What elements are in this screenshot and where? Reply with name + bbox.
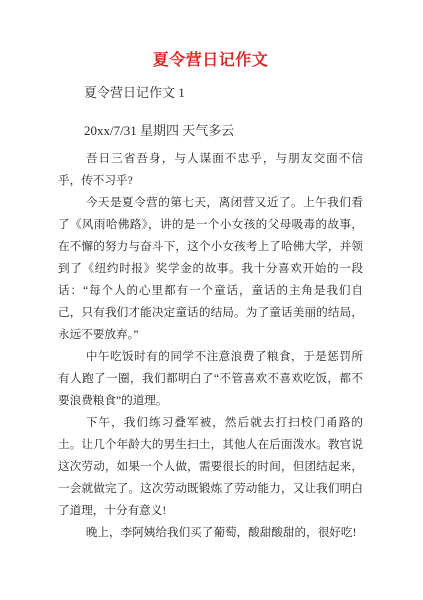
essay-title: 夏令营日记作文 — [58, 50, 363, 72]
essay-paragraph: 中午吃饭时有的同学不注意浪费了粮食，于是惩罚所有人跑了一圈，我们都明白了“不管喜… — [58, 346, 363, 412]
essay-paragraph: 吾日三省吾身，与人谋面不忠乎，与朋友交面不信乎，传不习乎? — [58, 148, 363, 192]
document-page: 夏令营日记作文 夏令营日记作文 1 20xx/7/31 星期四 天气多云 吾日三… — [0, 0, 423, 600]
diary-date-line: 20xx/7/31 星期四 天气多云 — [58, 122, 363, 139]
essay-subtitle: 夏令营日记作文 1 — [58, 84, 363, 101]
document-content: 夏令营日记作文 夏令营日记作文 1 20xx/7/31 星期四 天气多云 吾日三… — [0, 0, 423, 544]
essay-paragraph: 下午，我们练习叠军被，然后就去打扫校门甬路的土。让几个年龄大的男生扫土，其他人在… — [58, 412, 363, 522]
essay-paragraph: 今天是夏令营的第七天，离闭营又近了。上午我们看了《风雨哈佛路》，讲的是一个小女孩… — [58, 192, 363, 346]
essay-paragraph: 晚上，李阿姨给我们买了葡萄，酸甜酸甜的，很好吃! — [58, 522, 363, 544]
essay-body: 吾日三省吾身，与人谋面不忠乎，与朋友交面不信乎，传不习乎?今天是夏令营的第七天，… — [58, 148, 363, 544]
